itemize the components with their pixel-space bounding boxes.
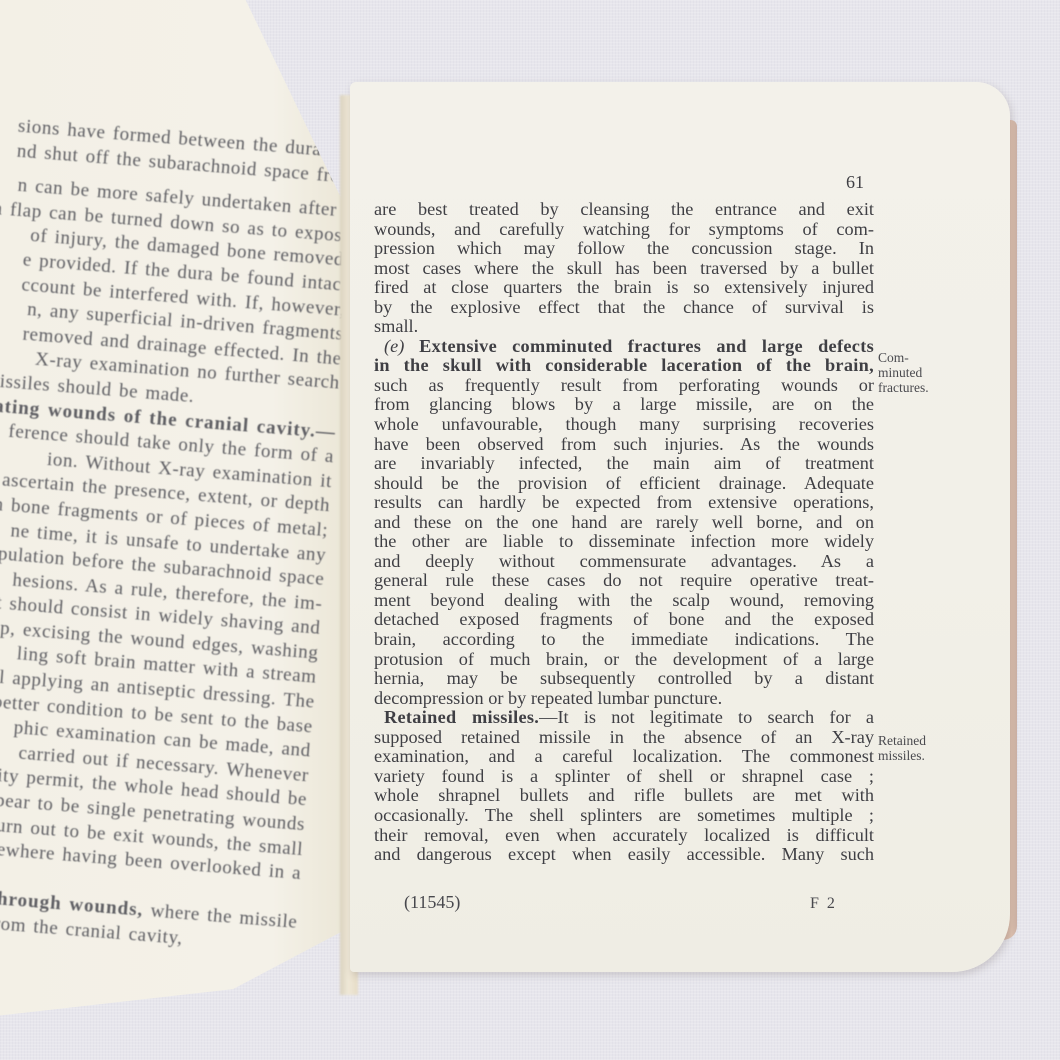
left-page: sions have formed between the dura and n… (0, 0, 350, 1020)
body-line: variety found is a splinter of shell or … (374, 767, 874, 787)
margin-note-line: Com- (878, 350, 929, 365)
body-line: and deeply without commensurate advantag… (374, 552, 874, 572)
body-line: the other are liable to disseminate infe… (374, 532, 874, 552)
print-code: (11545) (404, 892, 460, 913)
body-line: should be the provision of efficient dra… (374, 474, 874, 494)
body-line: occasionally. The shell splinters are so… (374, 806, 874, 826)
body-line: are best treated by cleansing the entran… (374, 200, 874, 220)
body-line: detached exposed fragments of bone and t… (374, 610, 874, 630)
page-number: 61 (846, 172, 864, 193)
left-page-text: sions have formed between the dura and n… (0, 110, 350, 960)
body-line: by the explosive effect that the chance … (374, 298, 874, 318)
body-line: and these on the one hand are rarely wel… (374, 513, 874, 533)
body-line: hernia, may be subsequently controlled b… (374, 669, 874, 689)
body-line: their removal, even when accurately loca… (374, 826, 874, 846)
body-line: ment beyond dealing with the scalp wound… (374, 591, 874, 611)
margin-note-line: Retained (878, 733, 926, 748)
body-line: are invariably infected, the main aim of… (374, 454, 874, 474)
body-line: decompression or by repeated lumbar punc… (374, 689, 874, 709)
body-line: have been observed from such injuries. A… (374, 435, 874, 455)
margin-note-retained-missiles: Retained missiles. (878, 733, 926, 763)
body-line: wounds, and carefully watching for sympt… (374, 220, 874, 240)
retained-missiles-first-line: Retained missiles.—It is not legitimate … (374, 708, 874, 728)
section-e-heading: (e) Extensive comminuted fractures and l… (374, 337, 874, 357)
body-line: whole shrapnel bullets and rifle bullets… (374, 786, 874, 806)
body-line: examination, and a careful localization.… (374, 747, 874, 767)
section-e-label: (e) (384, 336, 404, 356)
body-line: and dangerous except when easily accessi… (374, 845, 874, 865)
body-line: pression which may follow the concussion… (374, 239, 874, 259)
retained-missiles-first-line-text: —It is not legitimate to search for a (539, 707, 874, 727)
right-page-text: are best treated by cleansing the entran… (374, 200, 874, 865)
margin-note-line: fractures. (878, 380, 929, 395)
margin-note-line: missiles. (878, 748, 926, 763)
body-line: such as frequently result from perforati… (374, 376, 874, 396)
body-line: small. (374, 317, 874, 337)
section-e-heading-2: in the skull with considerable laceratio… (374, 356, 874, 376)
signature-mark: F 2 (810, 895, 837, 913)
body-line: brain, according to the immediate indica… (374, 630, 874, 650)
body-line: whole unfavourable, though many surprisi… (374, 415, 874, 435)
section-e-heading-line-1: Extensive comminuted fractures and large… (419, 336, 874, 356)
body-line: protusion of much brain, or the developm… (374, 650, 874, 670)
body-line: supposed retained missile in the absence… (374, 728, 874, 748)
body-line: fired at close quarters the brain is so … (374, 278, 874, 298)
section-e-heading-line-2: in the skull with considerable laceratio… (374, 355, 874, 375)
retained-missiles-heading: Retained missiles. (384, 707, 539, 727)
margin-note-line: minuted (878, 365, 929, 380)
margin-note-comminuted-fractures: Com- minuted fractures. (878, 350, 929, 395)
body-line: general rule these cases do not require … (374, 571, 874, 591)
body-line: results can hardly be expected from exte… (374, 493, 874, 513)
body-line: from glancing blows by a large missile, … (374, 395, 874, 415)
body-line: most cases where the skull has been trav… (374, 259, 874, 279)
